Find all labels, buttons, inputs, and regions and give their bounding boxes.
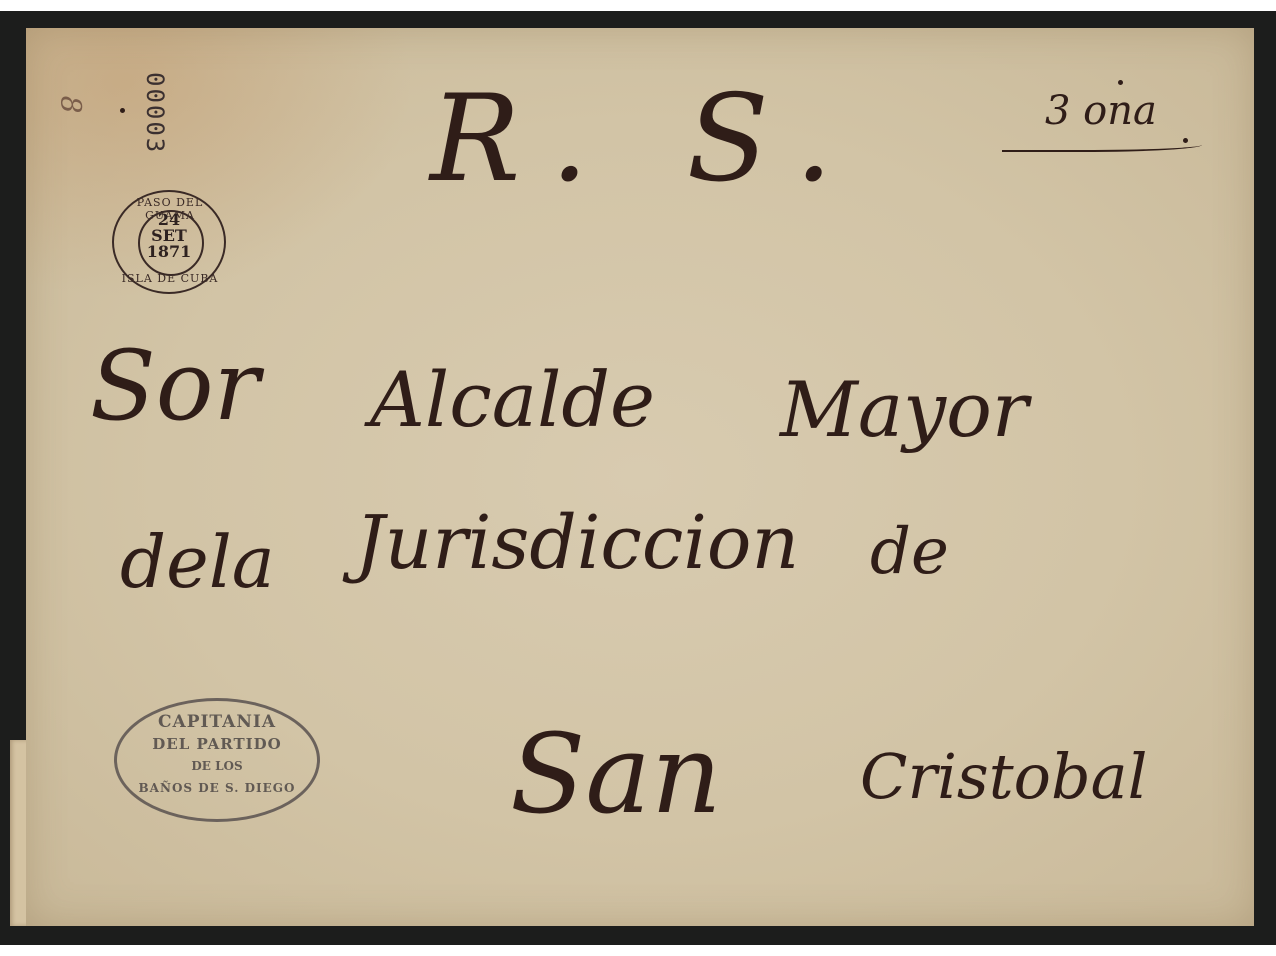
address-cristobal: Cristobal xyxy=(860,740,1147,813)
ink-dot xyxy=(1183,138,1188,143)
honorific: R. S. xyxy=(430,70,863,209)
address-dela: dela xyxy=(120,520,275,604)
address-sor: Sor xyxy=(90,330,259,442)
postmark-bottom-text: ISLA DE CUBA xyxy=(120,272,220,285)
ink-dot xyxy=(120,108,125,113)
address-jurisdiccion: Jurisdiccion xyxy=(355,500,799,586)
margin-mark: 8 xyxy=(54,96,87,114)
ink-dot xyxy=(1118,80,1123,85)
rate-marking: 3 ona xyxy=(1045,88,1157,134)
circular-postmark: PASO DEL GUAMA 24 SET 1871 ISLA DE CUBA xyxy=(112,190,226,294)
serial-number: 00003 xyxy=(141,72,169,154)
address-alcalde: Alcalde xyxy=(370,355,655,444)
address-san: San xyxy=(510,710,722,838)
address-mayor: Mayor xyxy=(780,365,1028,454)
oval-cachet: CAPITANIA DEL PARTIDO DE LOS BAÑOS DE S.… xyxy=(114,698,320,822)
postmark-date: 24 SET 1871 xyxy=(114,212,224,260)
address-de: de xyxy=(870,515,949,589)
